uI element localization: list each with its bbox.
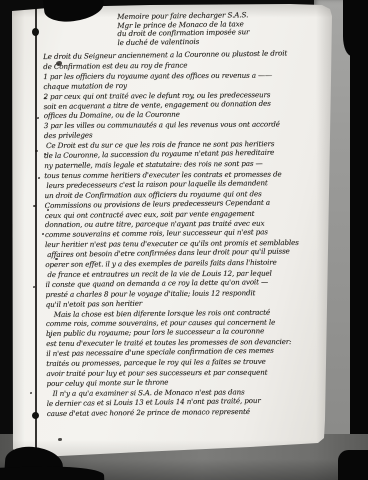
scanned-manuscript: Memoire pour faire decharger S.A.S.Mgr l… (0, 0, 368, 480)
scan-corner-bottom-right (338, 450, 368, 480)
ink-speck (30, 392, 32, 394)
manuscript-page: Memoire pour faire decharger S.A.S.Mgr l… (12, 4, 332, 458)
scan-border-right (350, 0, 368, 480)
ink-speck (37, 117, 39, 119)
binding-thread-line (35, 4, 37, 458)
ink-speck (58, 438, 62, 441)
manuscript-title-line: le duché de valentinois (117, 37, 249, 48)
manuscript-line: cause d'etat avec honoré 2e prince de mo… (47, 406, 331, 419)
binding-knot-bottom (32, 412, 39, 419)
manuscript-body: Le droit du Seigneur anciennement a la C… (43, 49, 331, 418)
scan-corner-top-right (343, 0, 368, 56)
ink-speck (38, 177, 40, 179)
manuscript-title: Memoire pour faire decharger S.A.S.Mgr l… (117, 11, 250, 48)
binding-knot-top (32, 28, 39, 36)
ink-speck (42, 233, 44, 235)
